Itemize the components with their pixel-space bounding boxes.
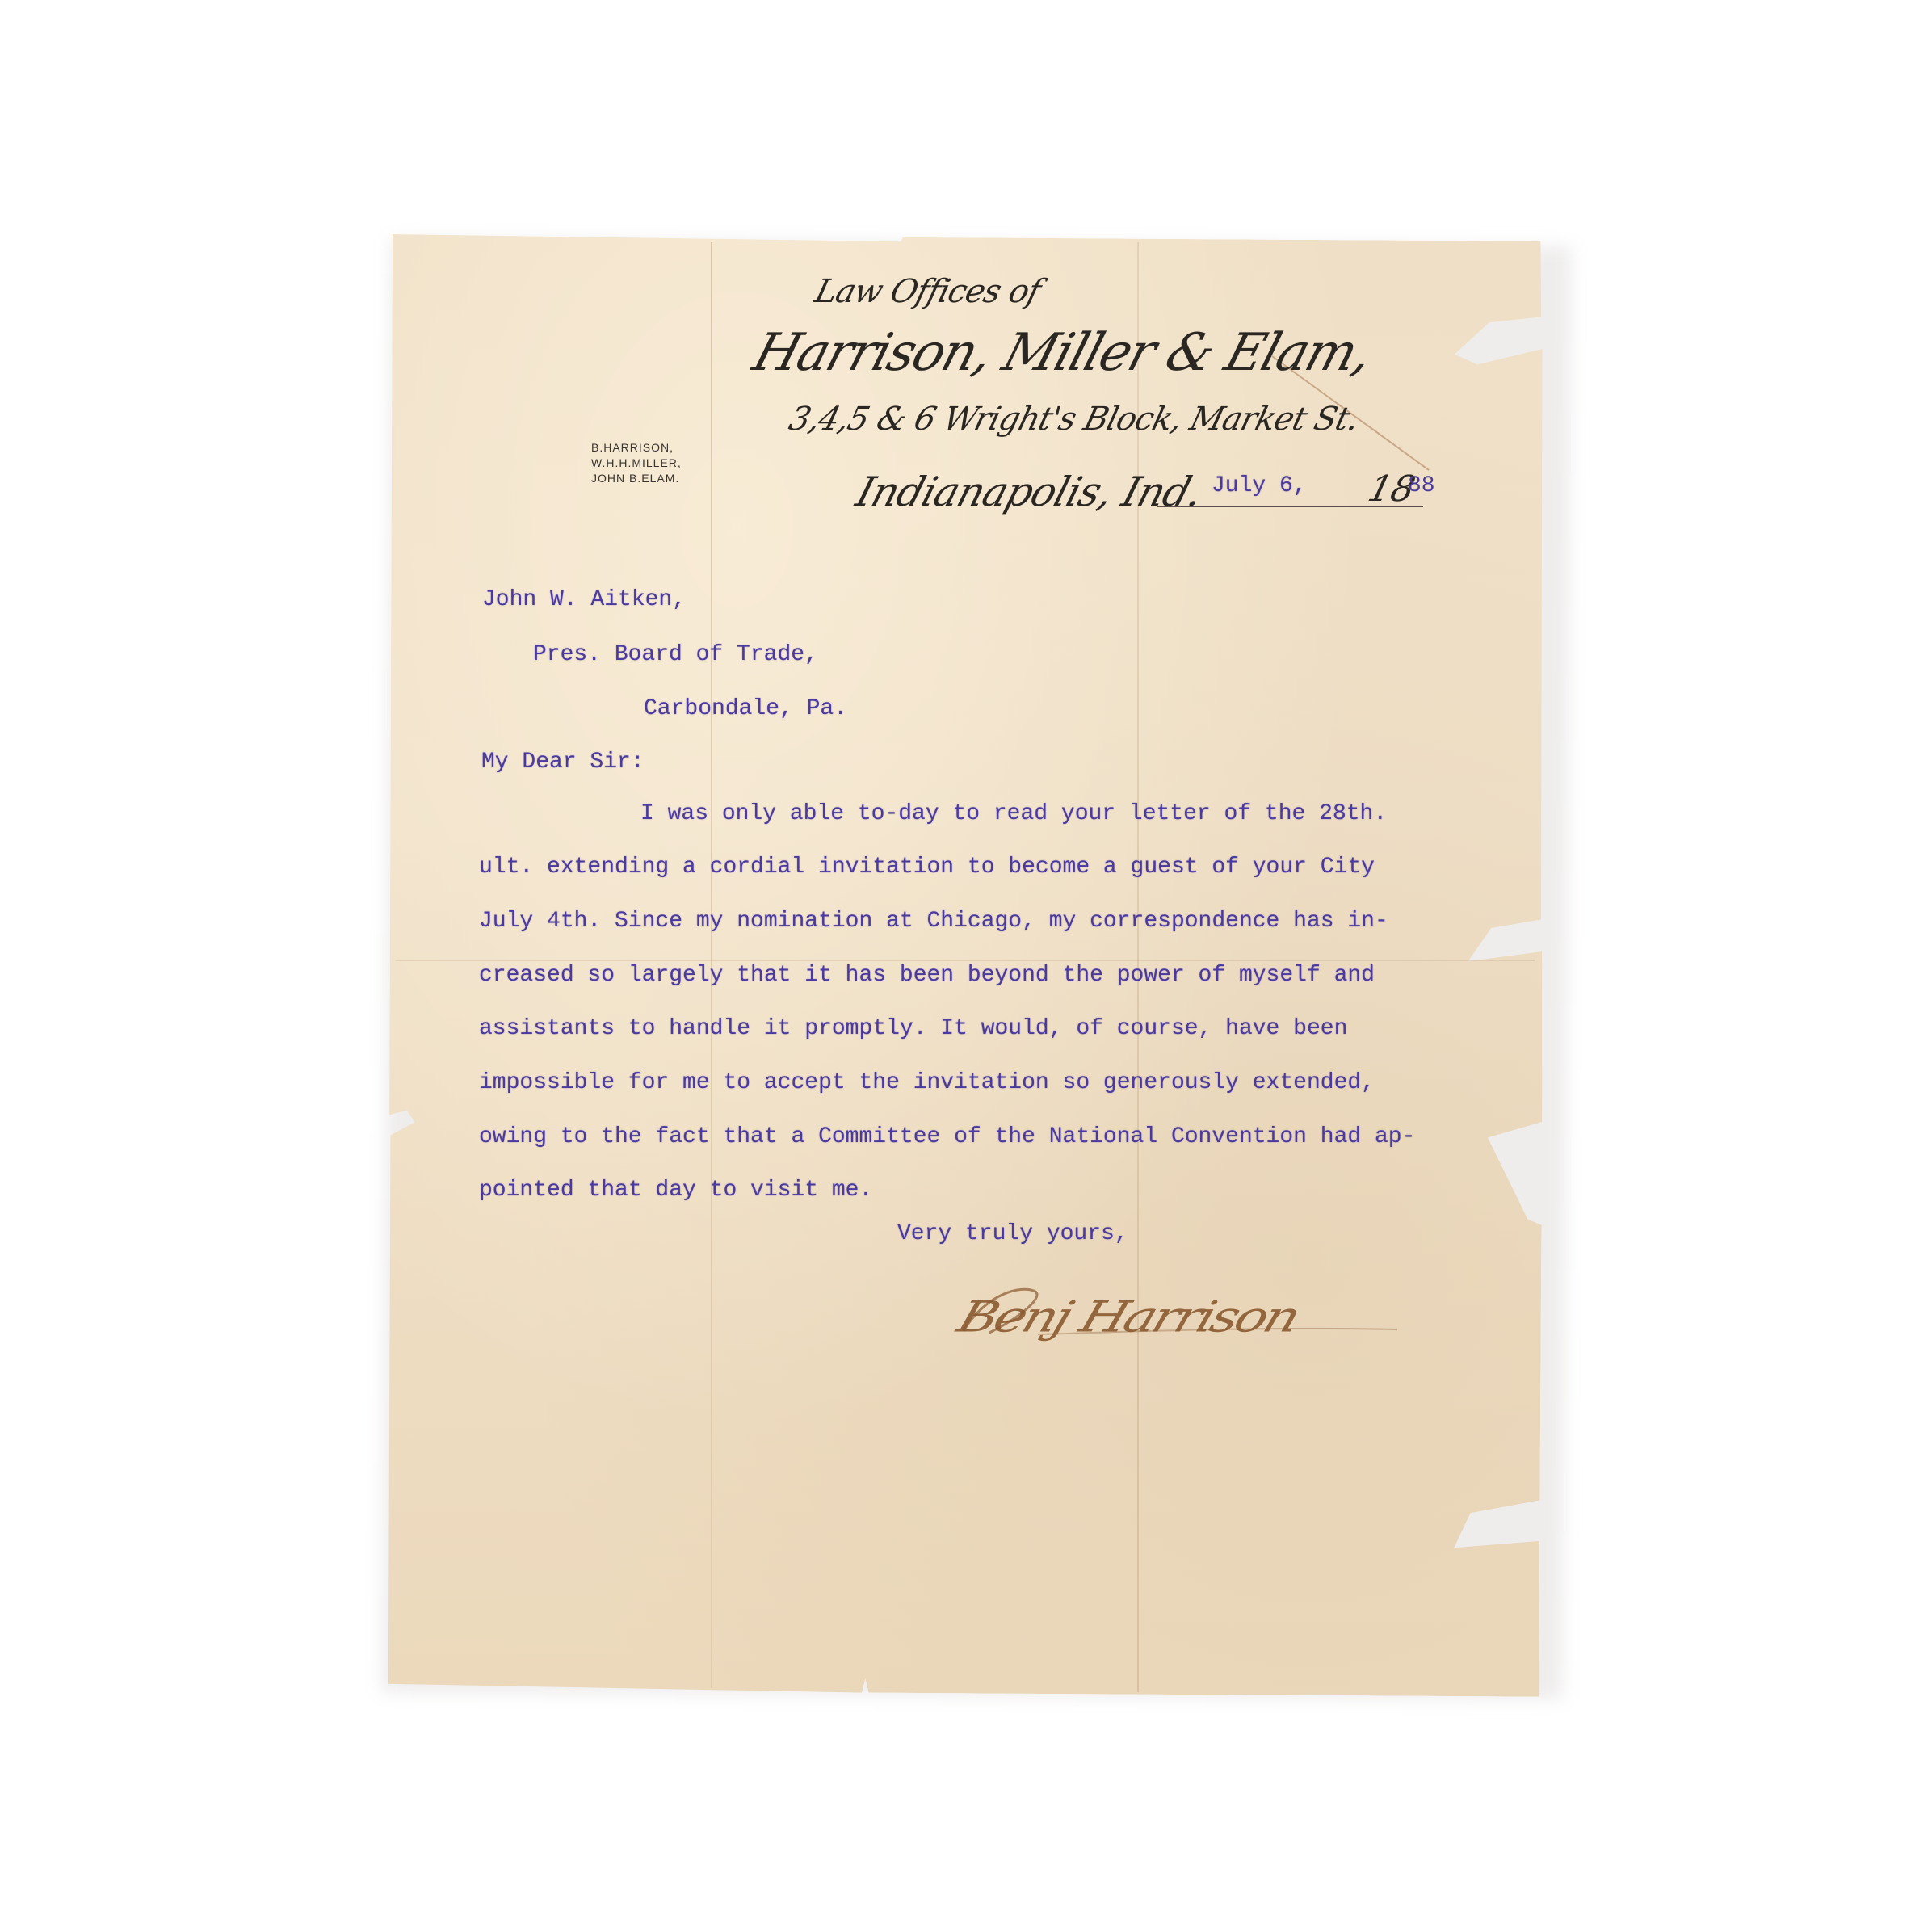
letterhead-law-offices: Law Offices of	[811, 273, 1044, 310]
body-line: creased so largely that it has been beyo…	[479, 963, 1375, 988]
letterhead-address: 3,4,5 & 6 Wright's Block, Market St.	[785, 401, 1363, 438]
body-line: ult. extending a cordial invitation to b…	[479, 855, 1375, 880]
partner-name: W.H.H.MILLER,	[591, 456, 682, 471]
recipient-location: Carbondale, Pa.	[644, 696, 847, 721]
fold-crease-horizontal	[396, 960, 1535, 961]
letterhead-firm-name: Harrison, Miller & Elam,	[746, 323, 1378, 383]
handwritten-signature: Benj Harrison	[951, 1292, 1304, 1342]
letter-date: July 6,	[1212, 473, 1307, 498]
partner-names: B.HARRISON, W.H.H.MILLER, JOHN B.ELAM.	[591, 440, 682, 486]
body-line: assistants to handle it promptly. It wou…	[479, 1016, 1347, 1041]
recipient-title: Pres. Board of Trade,	[533, 642, 818, 667]
closing: Very truly yours,	[897, 1221, 1128, 1246]
partner-name: JOHN B.ELAM.	[591, 471, 682, 486]
body-line: pointed that day to visit me.	[479, 1178, 872, 1203]
body-line: I was only able to-day to read your lett…	[640, 801, 1387, 826]
body-line: owing to the fact that a Committee of th…	[479, 1124, 1415, 1149]
letterhead-city: Indianapolis, Ind.	[851, 468, 1208, 515]
body-line: impossible for me to accept the invitati…	[479, 1070, 1375, 1095]
recipient-name: John W. Aitken,	[482, 587, 686, 612]
year-suffix: 88	[1408, 473, 1435, 498]
partner-name: B.HARRISON,	[591, 440, 682, 456]
salutation: My Dear Sir:	[481, 750, 645, 775]
photo-background: Law Offices of Harrison, Miller & Elam, …	[0, 0, 1932, 1932]
body-line: July 4th. Since my nomination at Chicago…	[479, 909, 1388, 934]
